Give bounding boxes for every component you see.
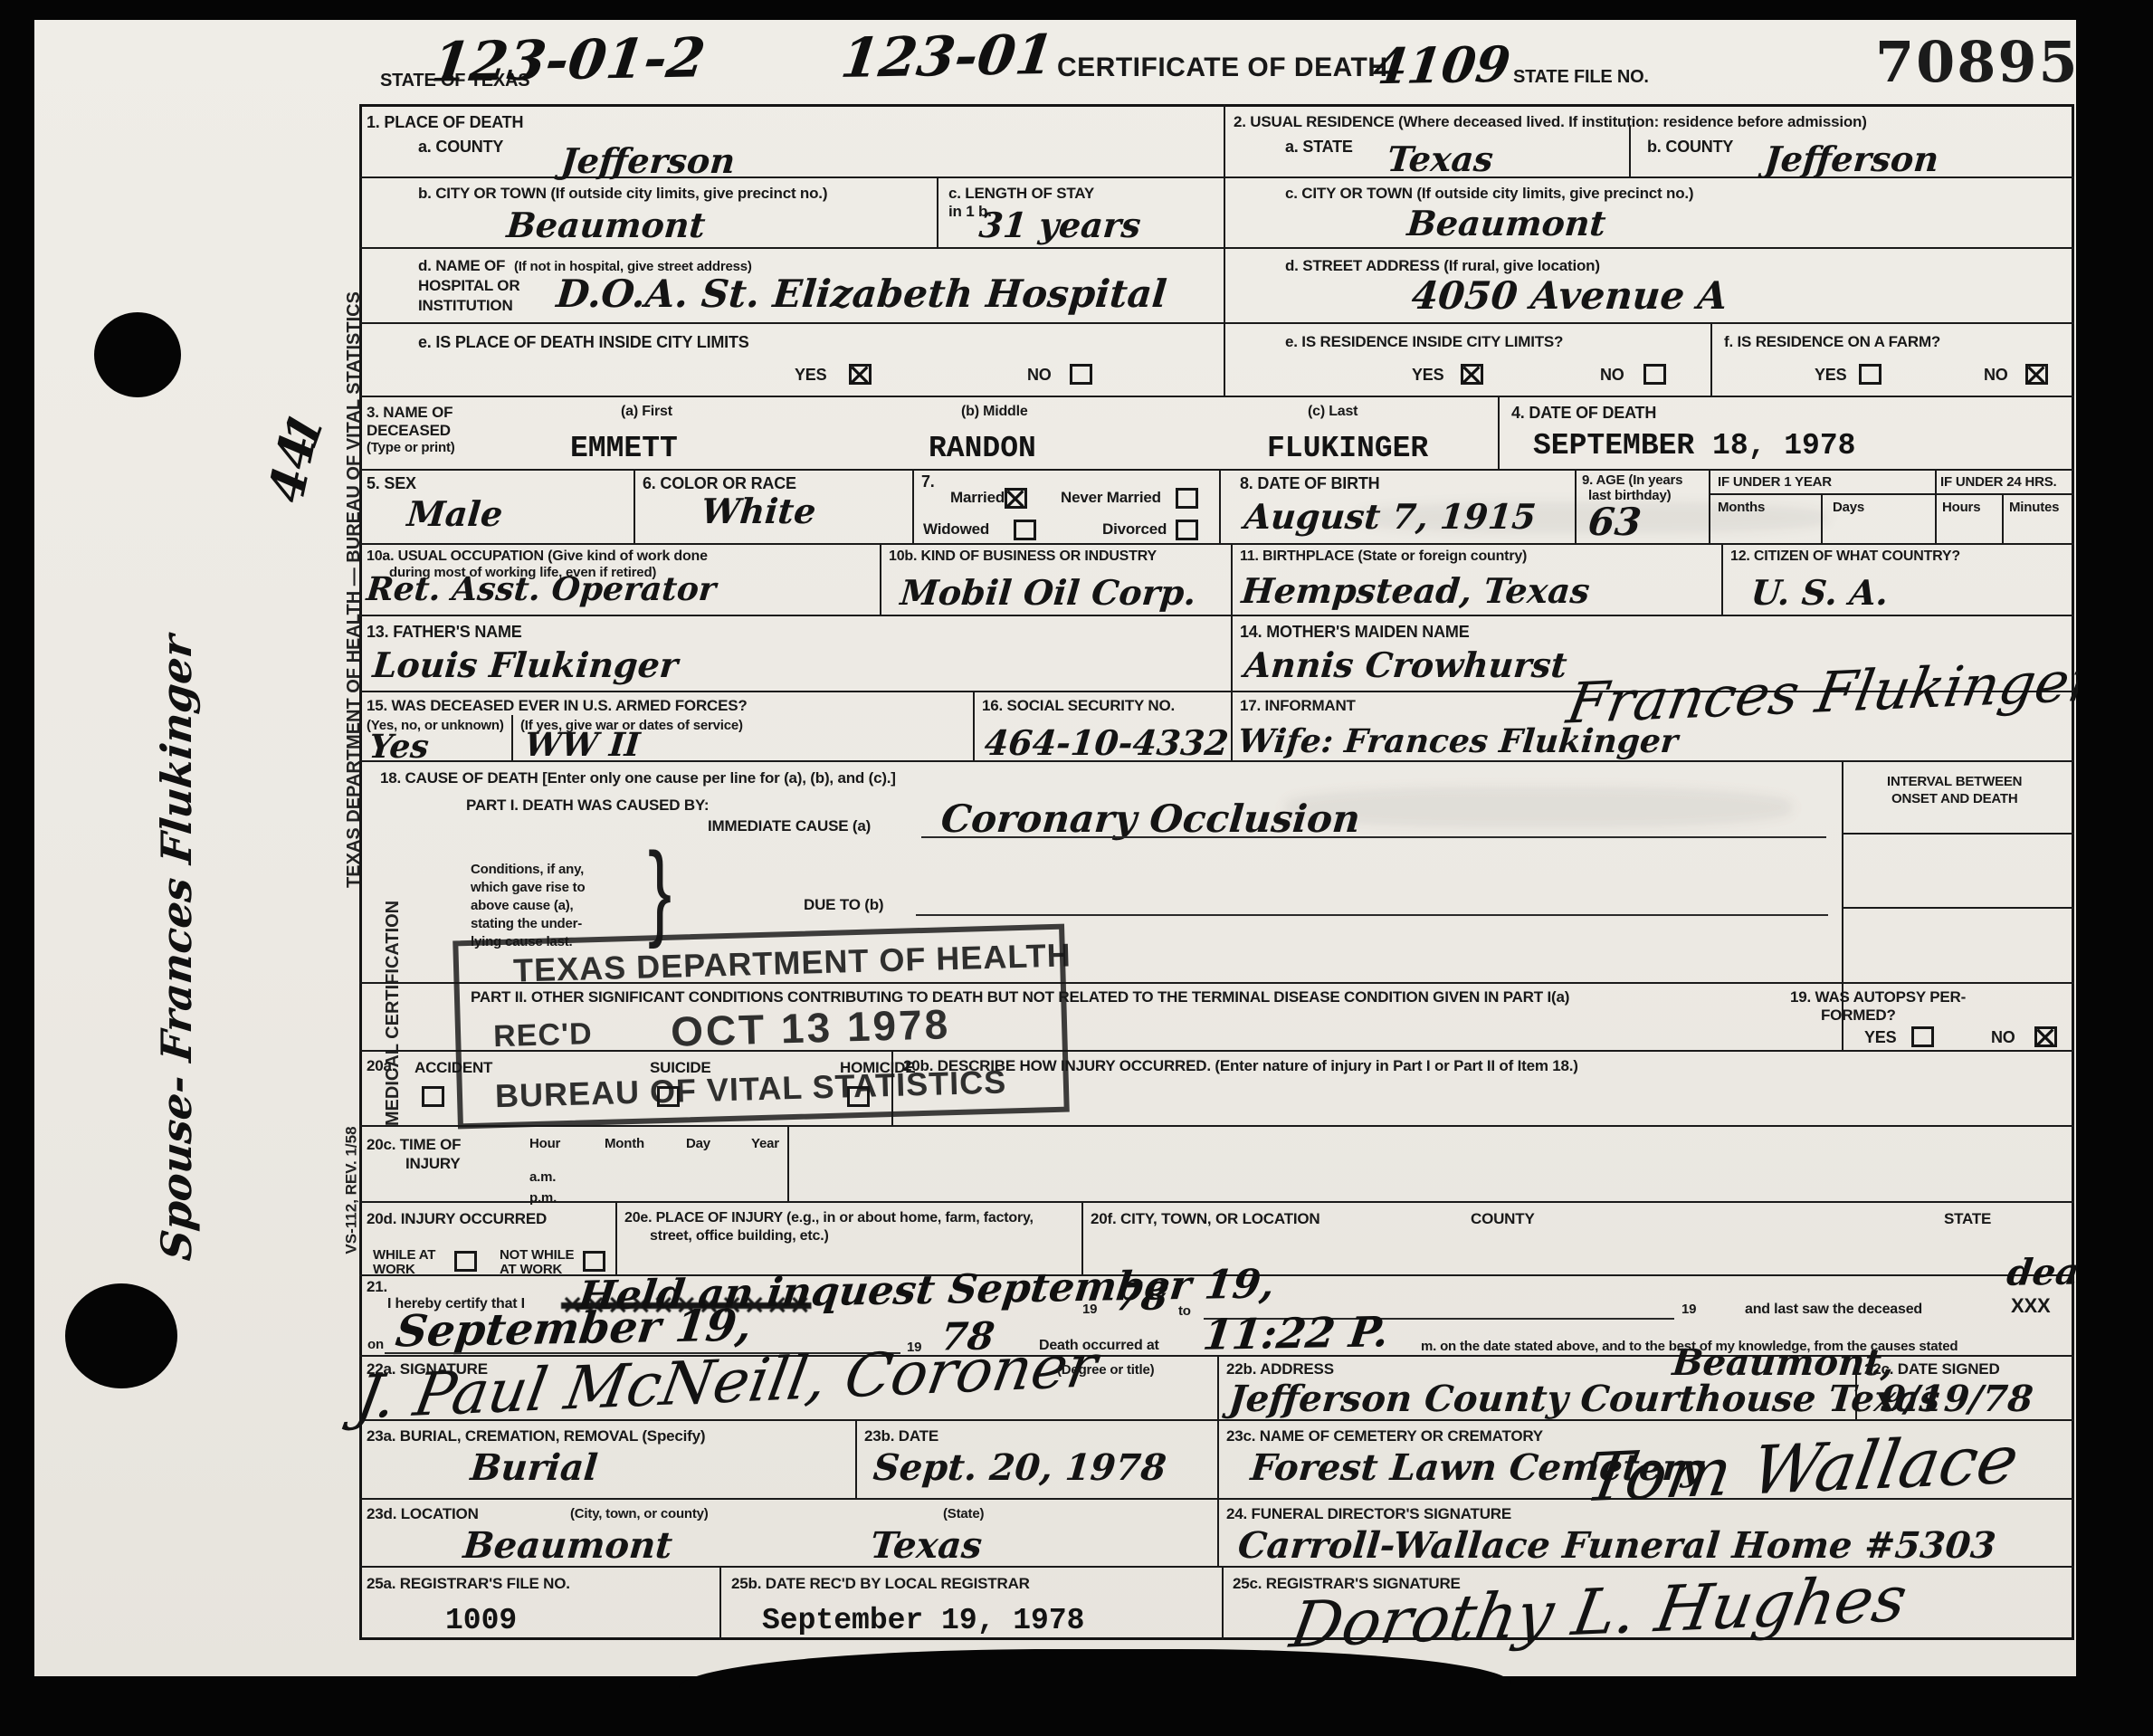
never-married-checkbox — [1176, 488, 1198, 509]
first-name-value: EMMETT — [570, 432, 678, 465]
grid-line — [359, 247, 2074, 249]
grid-line — [2002, 493, 2004, 543]
hospital-label-2: HOSPITAL OR — [418, 277, 519, 295]
farm-yes-label: YES — [1815, 366, 1846, 385]
residence-limits-yes-label: YES — [1412, 366, 1443, 385]
scan-black-edge — [2078, 0, 2153, 1736]
grid-line — [1710, 322, 1712, 396]
grid-line — [359, 1125, 2074, 1127]
interval-label-1: INTERVAL BETWEEN — [1887, 774, 2022, 789]
marital-item-label: 7. — [921, 472, 935, 491]
item-21-label: 21. — [367, 1278, 387, 1296]
burial-date-value: Sept. 20, 1978 — [872, 1446, 1168, 1489]
scanned-death-certificate: Spouse- Frances Flukinger 1 44 TEXAS DEP… — [0, 0, 2153, 1736]
burial-value: Burial — [469, 1446, 599, 1489]
age-label: 9. AGE (In years — [1582, 472, 1682, 488]
farm-no-checkbox — [2025, 364, 2048, 385]
father-name-label: 13. FATHER'S NAME — [367, 623, 522, 642]
margin-form-number: VS-112, REV. 1/58 — [343, 1126, 361, 1254]
address-rest-value: Jefferson County Courthouse Texas — [1227, 1378, 1941, 1420]
occupation-value: Ret. Asst. Operator — [365, 570, 718, 608]
death-limits-no-label: NO — [1027, 366, 1052, 385]
time-of-injury-label-2: INJURY — [405, 1155, 461, 1173]
grid-line — [1231, 691, 1233, 760]
grid-line — [359, 615, 2074, 616]
residence-state-label: a. STATE — [1285, 138, 1353, 157]
grid-line — [973, 691, 975, 760]
death-limits-yes-checkbox — [849, 364, 872, 385]
father-name-value: Louis Flukinger — [371, 644, 680, 685]
days-label: Days — [1833, 500, 1864, 515]
conditions-note-3: above cause (a), — [471, 898, 574, 913]
grid-line — [880, 543, 881, 615]
date-signed-label: 22c. DATE SIGNED — [1864, 1360, 2000, 1378]
crossed-xxx: XXX — [2011, 1294, 2050, 1317]
conditions-note-1: Conditions, if any, — [471, 862, 584, 877]
industry-label: 10b. KIND OF BUSINESS OR INDUSTRY — [889, 548, 1157, 565]
while-at-work-label: WHILE AT — [373, 1247, 435, 1263]
place-of-injury-label-2: street, office building, etc.) — [650, 1228, 829, 1245]
location-city-value: Beaumont — [462, 1524, 674, 1567]
county-label: a. COUNTY — [418, 138, 503, 157]
city-label: b. CITY OR TOWN (If outside city limits,… — [418, 185, 827, 203]
place-of-injury-label: 20e. PLACE OF INJURY (e.g., in or about … — [624, 1210, 1034, 1226]
degree-or-title-label: (Degree or title) — [1057, 1362, 1154, 1378]
hospital-label-3: INSTITUTION — [418, 297, 513, 315]
to-label: to — [1178, 1303, 1191, 1319]
grid-line — [359, 469, 2074, 471]
autopsy-yes-label: YES — [1864, 1028, 1896, 1047]
conditions-note-4: stating the under- — [471, 916, 582, 931]
entry-line — [916, 914, 1828, 916]
stamp-recd-label: REC'D — [493, 1016, 593, 1054]
married-checkbox — [1005, 488, 1027, 509]
location-state-value: Texas — [869, 1524, 984, 1567]
location-label: 23d. LOCATION — [367, 1505, 479, 1523]
mother-name-value: Annis Crowhurst — [1243, 644, 1568, 685]
armed-forces-answer: Yes — [367, 728, 430, 766]
certificate-title: CERTIFICATE OF DEATH — [1057, 52, 1388, 84]
residence-farm-label: f. IS RESIDENCE ON A FARM? — [1724, 333, 1940, 351]
length-of-stay-label: c. LENGTH OF STAY — [948, 185, 1094, 203]
street-address-value: 4050 Avenue A — [1410, 273, 1729, 318]
grid-line — [1224, 104, 1225, 396]
location-sub2-label: (State) — [943, 1506, 984, 1521]
residence-city-value: Beaumont — [1405, 203, 1607, 243]
grid-line — [912, 469, 914, 543]
date-signed-value: 9/19/78 — [1879, 1378, 2035, 1420]
on-label: on — [367, 1337, 384, 1352]
last-name-label: (c) Last — [1308, 404, 1358, 420]
grid-line — [359, 543, 2074, 545]
grid-line — [1710, 493, 2074, 495]
occupation-label: 10a. USUAL OCCUPATION (Give kind of work… — [367, 548, 708, 565]
scan-smudge — [1285, 787, 1792, 827]
not-while-label-2: AT WORK — [500, 1262, 562, 1277]
pm-label: p.m. — [529, 1190, 557, 1206]
residence-city-label: c. CITY OR TOWN (If outside city limits,… — [1285, 185, 1693, 203]
last-name-value: FLUKINGER — [1267, 432, 1428, 465]
registrar-file-label: 25a. REGISTRAR'S FILE NO. — [367, 1575, 570, 1593]
margin-spouse-note: Spouse- Frances Flukinger — [152, 501, 201, 1394]
scan-black-edge — [0, 0, 2153, 20]
injury-county-label: COUNTY — [1471, 1210, 1535, 1228]
length-of-stay-value: 31 years — [977, 205, 1142, 245]
entry-line — [921, 836, 1826, 838]
grid-line — [1629, 127, 1631, 176]
never-married-label: Never Married — [1061, 489, 1161, 507]
part1-label: PART I. DEATH WAS CAUSED BY: — [466, 796, 709, 815]
scan-smudge — [1358, 502, 1828, 533]
date-of-death-value: SEPTEMBER 18, 1978 — [1533, 429, 1855, 463]
middle-name-label: (b) Middle — [961, 404, 1028, 420]
grid-line — [1231, 543, 1233, 615]
grid-line — [1081, 1201, 1083, 1274]
cemetery-label: 23c. NAME OF CEMETERY OR CREMATORY — [1226, 1427, 1543, 1445]
farm-no-label: NO — [1984, 366, 2008, 385]
city-value: Beaumont — [505, 205, 707, 245]
hours-label: Hours — [1942, 500, 1980, 515]
residence-limits-label: e. IS RESIDENCE INSIDE CITY LIMITS? — [1285, 333, 1563, 351]
armed-forces-service: WW II — [523, 726, 642, 764]
grid-line — [511, 715, 513, 760]
address-label: 22b. ADDRESS — [1226, 1360, 1334, 1378]
hole-punch — [94, 312, 181, 397]
state-file-number: 70895 — [1875, 29, 2080, 95]
hospital-value: D.O.A. St. Elizabeth Hospital — [555, 272, 1168, 316]
interval-label-2: ONSET AND DEATH — [1891, 791, 2018, 806]
while-at-work-label-2: WORK — [373, 1262, 415, 1277]
stamp-line3: BUREAU OF VITAL STATISTICS — [494, 1063, 1006, 1115]
conditions-brace: } — [648, 828, 672, 952]
grid-line — [1842, 907, 2074, 909]
not-while-label: NOT WHILE — [500, 1247, 574, 1263]
date-recd-value: September 19, 1978 — [762, 1604, 1084, 1637]
first-name-label: (a) First — [621, 404, 672, 420]
if-under-1-year-label: IF UNDER 1 YEAR — [1718, 474, 1832, 490]
grid-line — [719, 1566, 721, 1640]
time-of-injury-label: 20c. TIME OF — [367, 1136, 461, 1154]
minutes-label: Minutes — [2009, 500, 2059, 515]
date-recd-label: 25b. DATE REC'D BY LOCAL REGISTRAR — [731, 1575, 1030, 1593]
widowed-label: Widowed — [923, 520, 989, 539]
farm-yes-checkbox — [1859, 364, 1881, 385]
name-of-deceased-label: 3. NAME OF — [367, 404, 453, 422]
death-limits-yes-label: YES — [795, 366, 826, 385]
county-value: Jefferson — [559, 140, 737, 181]
handwritten-code-right: 123-01 — [837, 24, 1057, 91]
mother-name-label: 14. MOTHER'S MAIDEN NAME — [1240, 623, 1470, 642]
while-at-work-checkbox — [454, 1251, 477, 1272]
funeral-director-label: 24. FUNERAL DIRECTOR'S SIGNATURE — [1226, 1505, 1511, 1523]
ssn-value: 464-10-4332 — [983, 722, 1230, 763]
location-sub1-label: (City, town, or county) — [570, 1506, 709, 1521]
divorced-checkbox — [1176, 520, 1198, 540]
handwritten-time: 11:22 P. — [1200, 1307, 1391, 1359]
not-while-checkbox — [583, 1251, 605, 1272]
death-limits-no-checkbox — [1070, 364, 1092, 385]
accident-checkbox — [422, 1086, 444, 1107]
married-label: Married — [950, 489, 1005, 507]
hour-label: Hour — [529, 1136, 560, 1151]
sex-label: 5. SEX — [367, 474, 416, 493]
sex-value: Male — [405, 493, 504, 534]
grid-line — [1231, 615, 1233, 691]
year-prefix-1: 19 — [1082, 1302, 1097, 1317]
conditions-note-2: which gave rise to — [471, 880, 585, 895]
registrar-file-value: 1009 — [445, 1604, 517, 1637]
handwritten-number: 4109 — [1370, 35, 1514, 96]
grid-line — [1219, 469, 1221, 543]
grid-line — [787, 1125, 789, 1201]
burial-label: 23a. BURIAL, CREMATION, REMOVAL (Specify… — [367, 1427, 705, 1445]
grid-line — [1222, 1566, 1224, 1640]
year-prefix-2: 19 — [1681, 1302, 1696, 1317]
stamp-date: OCT 13 1978 — [670, 999, 951, 1056]
stamp-line1: TEXAS DEPARTMENT OF HEALTH — [513, 936, 1072, 989]
grid-line — [615, 1201, 617, 1274]
injury-state-label: STATE — [1944, 1210, 1991, 1228]
middle-name-value: RANDON — [929, 432, 1036, 465]
am-label: a.m. — [529, 1169, 556, 1185]
type-or-print-label: (Type or print) — [367, 440, 455, 455]
received-stamp: TEXAS DEPARTMENT OF HEALTH REC'D OCT 13 … — [453, 924, 1070, 1130]
immediate-cause-label: IMMEDIATE CAUSE (a) — [708, 817, 871, 835]
grid-line — [1721, 543, 1723, 615]
residence-section-label: 2. USUAL RESIDENCE (Where deceased lived… — [1234, 113, 1867, 131]
if-under-24-hrs-label: IF UNDER 24 HRS. — [1940, 474, 2057, 490]
grid-line — [634, 469, 635, 543]
dob-label: 8. DATE OF BIRTH — [1240, 474, 1379, 493]
item-20a-label: 20a. — [367, 1057, 395, 1075]
industry-value: Mobil Oil Corp. — [899, 572, 1198, 613]
place-of-death-section-label: 1. PLACE OF DEATH — [367, 113, 523, 132]
injury-occurred-label: 20d. INJURY OCCURRED — [367, 1210, 547, 1228]
scan-black-edge — [679, 1649, 1511, 1736]
funeral-home-value: Carroll-Wallace Funeral Home #5303 — [1236, 1524, 1997, 1567]
grid-line — [359, 322, 2074, 324]
autopsy-label-2: FORMED? — [1821, 1006, 1896, 1025]
widowed-checkbox — [1014, 520, 1036, 540]
deceased-label-2: DECEASED — [367, 422, 451, 440]
residence-county-value: Jefferson — [1763, 138, 1940, 179]
grid-line — [1935, 469, 1937, 543]
armed-forces-label: 15. WAS DECEASED EVER IN U.S. ARMED FORC… — [367, 697, 748, 715]
handwritten-year-1: 78 — [1112, 1273, 1171, 1319]
birthplace-value: Hempstead, Texas — [1240, 570, 1591, 611]
burial-date-label: 23b. DATE — [864, 1427, 938, 1445]
autopsy-no-label: NO — [1991, 1028, 2015, 1047]
autopsy-no-checkbox — [2034, 1026, 2057, 1047]
divorced-label: Divorced — [1102, 520, 1167, 539]
grid-line — [1217, 1355, 1219, 1566]
due-to-label: DUE TO (b) — [804, 896, 883, 914]
grid-line — [1498, 396, 1500, 469]
street-address-label: d. STREET ADDRESS (If rural, give locati… — [1285, 257, 1600, 275]
last-saw-text: and last saw the deceased — [1745, 1302, 1922, 1318]
ssn-label: 16. SOCIAL SECURITY NO. — [982, 697, 1175, 715]
autopsy-yes-checkbox — [1911, 1026, 1934, 1047]
residence-limits-no-label: NO — [1600, 366, 1624, 385]
grid-line — [937, 176, 938, 247]
death-city-limits-label: e. IS PLACE OF DEATH INSIDE CITY LIMITS — [418, 333, 749, 352]
citizen-value: U. S. A. — [1749, 572, 1890, 613]
residence-limits-yes-checkbox — [1461, 364, 1483, 385]
year-label: Year — [751, 1136, 779, 1151]
citizen-label: 12. CITIZEN OF WHAT COUNTRY? — [1730, 548, 1960, 565]
scan-black-edge — [0, 0, 34, 1736]
handwritten-code-left: 123-01-2 — [428, 26, 709, 94]
informant-label: 17. INFORMANT — [1240, 697, 1356, 715]
birthplace-label: 11. BIRTHPLACE (State or foreign country… — [1240, 548, 1527, 565]
cause-of-death-section-label: 18. CAUSE OF DEATH [Enter only one cause… — [380, 769, 896, 787]
grid-line — [855, 1419, 857, 1498]
injury-city-label: 20f. CITY, TOWN, OR LOCATION — [1091, 1210, 1320, 1228]
month-label: Month — [605, 1136, 644, 1151]
residence-state-value: Texas — [1386, 138, 1495, 179]
residence-county-label: b. COUNTY — [1647, 138, 1733, 157]
grid-line — [1842, 833, 2074, 835]
grid-line — [359, 396, 2074, 397]
state-file-no-label: STATE FILE NO. — [1513, 67, 1649, 88]
date-of-death-label: 4. DATE OF DEATH — [1511, 404, 1656, 423]
hospital-label: d. NAME OF — [418, 257, 505, 275]
race-value: White — [700, 491, 817, 531]
residence-limits-no-checkbox — [1643, 364, 1666, 385]
autopsy-label: 19. WAS AUTOPSY PER- — [1790, 988, 1966, 1006]
day-label: Day — [686, 1136, 710, 1151]
